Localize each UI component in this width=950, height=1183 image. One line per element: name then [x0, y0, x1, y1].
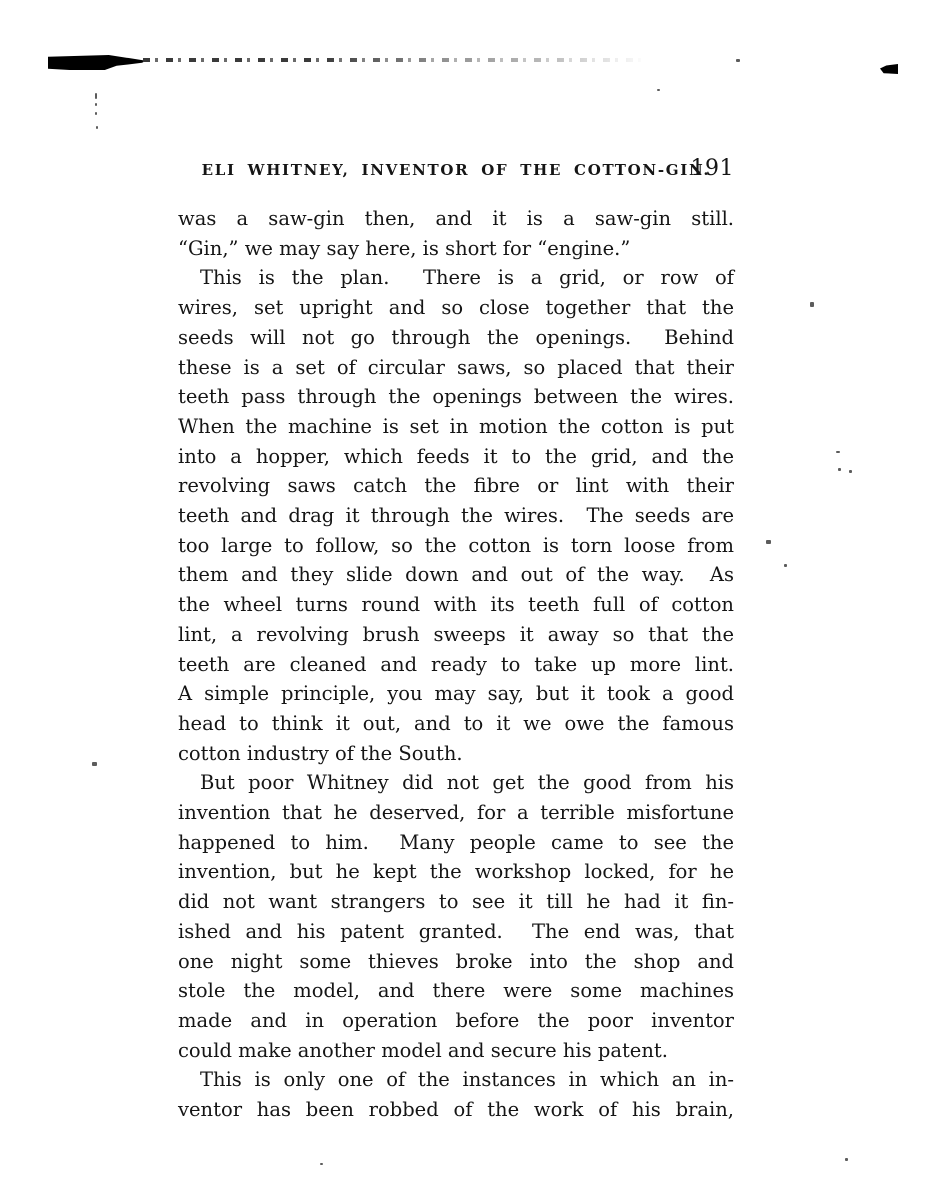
text-line: wires, set upright and so close together… — [178, 293, 734, 323]
text-line: these is a set of circular saws, so plac… — [178, 353, 734, 383]
text-line: invention that he deserved, for a terrib… — [178, 798, 734, 828]
text-line: ventor has been robbed of the work of hi… — [178, 1095, 734, 1125]
scan-speck — [838, 468, 841, 471]
scan-speck — [95, 112, 97, 115]
page-header: ELI WHITNEY, INVENTOR OF THE COTTON-GIN.… — [178, 161, 734, 179]
text-line: When the machine is set in motion the co… — [178, 412, 734, 442]
scan-dashed-line — [143, 58, 648, 62]
text-line: too large to follow, so the cotton is to… — [178, 531, 734, 561]
text-line: This is the plan. There is a grid, or ro… — [178, 263, 734, 293]
text-line: teeth pass through the openings between … — [178, 382, 734, 412]
scan-speck — [766, 540, 771, 544]
text-line: This is only one of the instances in whi… — [178, 1065, 734, 1095]
text-line: one night some thieves broke into the sh… — [178, 947, 734, 977]
text-line: ished and his patent granted. The end wa… — [178, 917, 734, 947]
text-line: stole the model, and there were some mac… — [178, 976, 734, 1006]
scan-ink-smudge — [48, 55, 146, 70]
text-line: But poor Whitney did not get the good fr… — [178, 768, 734, 798]
scan-speck — [657, 89, 660, 91]
text-line: did not want strangers to see it till he… — [178, 887, 734, 917]
text-line: teeth are cleaned and ready to take up m… — [178, 650, 734, 680]
scan-speck — [95, 93, 97, 99]
scan-speck — [92, 762, 97, 766]
text-line: revolving saws catch the fibre or lint w… — [178, 471, 734, 501]
scan-speck — [845, 1158, 848, 1161]
text-line: seeds will not go through the openings. … — [178, 323, 734, 353]
scan-speck — [810, 302, 814, 307]
scan-speck — [784, 564, 787, 567]
text-line: the wheel turns round with its teeth ful… — [178, 590, 734, 620]
scan-speck — [836, 451, 840, 453]
scan-corner-mark — [880, 64, 898, 74]
scan-speck — [95, 103, 97, 106]
text-line: made and in operation before the poor in… — [178, 1006, 734, 1036]
text-line: invention, but he kept the workshop lock… — [178, 857, 734, 887]
page-number: 191 — [691, 156, 735, 181]
text-line: head to think it out, and to it we owe t… — [178, 709, 734, 739]
scan-speck — [320, 1163, 323, 1165]
scan-speck — [736, 59, 740, 62]
text-line: lint, a revolving brush sweeps it away s… — [178, 620, 734, 650]
text-line: them and they slide down and out of the … — [178, 560, 734, 590]
scan-speck — [96, 126, 98, 129]
text-line: was a saw-gin then, and it is a saw-gin … — [178, 204, 734, 234]
scan-speck — [849, 470, 852, 473]
text-line: “Gin,” we may say here, is short for “en… — [178, 234, 734, 264]
text-line: happened to him. Many people came to see… — [178, 828, 734, 858]
running-title: ELI WHITNEY, INVENTOR OF THE COTTON-GIN. — [202, 161, 711, 179]
text-line: A simple principle, you may say, but it … — [178, 679, 734, 709]
book-page: ELI WHITNEY, INVENTOR OF THE COTTON-GIN.… — [0, 0, 950, 1183]
text-line: cotton industry of the South. — [178, 739, 734, 769]
body-text: was a saw-gin then, and it is a saw-gin … — [178, 204, 734, 1125]
text-line: could make another model and secure his … — [178, 1036, 734, 1066]
text-line: teeth and drag it through the wires. The… — [178, 501, 734, 531]
text-line: into a hopper, which feeds it to the gri… — [178, 442, 734, 472]
